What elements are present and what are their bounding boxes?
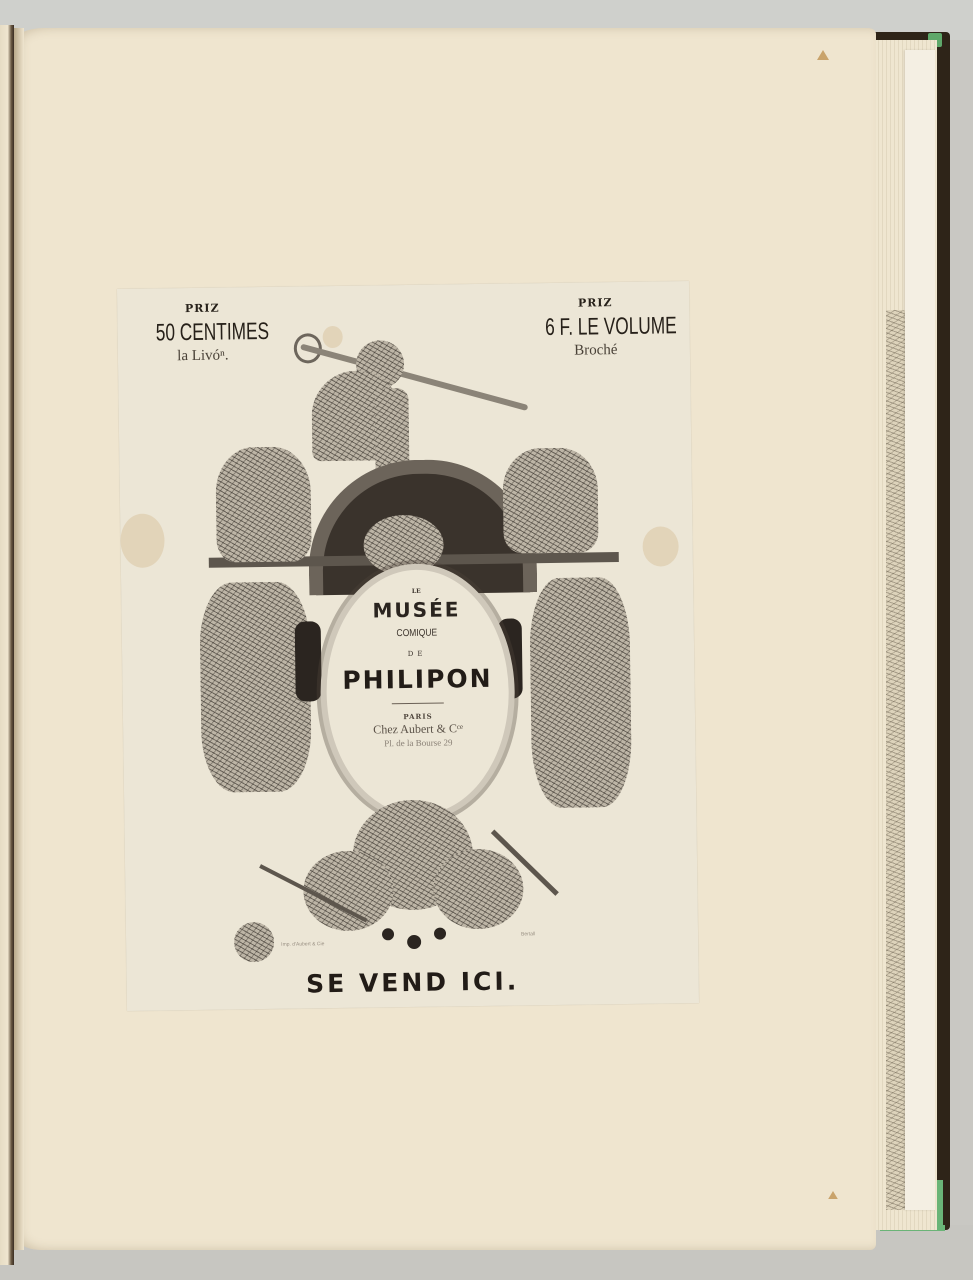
lithograph-illustration: LE MUSÉE COMIQUE DE PHILIPON PARIS Chez …: [196, 327, 635, 973]
title-comique: COMIQUE: [339, 627, 494, 640]
title-le: LE: [325, 587, 507, 597]
bottom-left-cushion: [303, 850, 394, 931]
title-philipon: PHILIPON: [326, 664, 508, 696]
foxing-stain: [642, 526, 679, 566]
seated-writer-figure: [215, 446, 312, 562]
pasted-poster: PRIZ 50 CENTIMES la Livóⁿ. PRIZ 6 F. LE …: [117, 281, 699, 1011]
page-tear-mark-top: [817, 50, 829, 60]
price-label: PRIZ: [137, 301, 267, 316]
bottom-right-cushion: [433, 848, 524, 929]
ornament-divider: [392, 703, 444, 706]
title-musee: MUSÉE: [325, 597, 507, 624]
flower-sprig: [234, 922, 275, 963]
page-gutter-shadow: [14, 28, 24, 1250]
title-oval: LE MUSÉE COMIQUE DE PHILIPON PARIS Chez …: [325, 569, 510, 817]
price-label: PRIZ: [525, 295, 665, 310]
apple: [434, 927, 446, 939]
printer-imprint: Imp. d'Aubert & Cie: [281, 941, 324, 948]
lady-with-mirror-right: [529, 577, 632, 808]
page-tear-mark-bottom: [828, 1191, 838, 1199]
apple: [407, 935, 421, 949]
left-page-edge: [0, 25, 14, 1265]
puppet-figure-left: [295, 621, 322, 701]
publisher-name: Chez Aubert & Cᶜᵉ: [327, 721, 509, 739]
foxing-stain: [120, 513, 165, 568]
title-de: DE: [326, 649, 508, 660]
artist-signature: Bertall: [521, 931, 535, 937]
folded-sheet-edge: [905, 50, 935, 1210]
publisher-address: Pl. de la Bourse 29: [327, 737, 509, 750]
apple: [382, 928, 394, 940]
seated-reader-figure: [502, 447, 598, 553]
